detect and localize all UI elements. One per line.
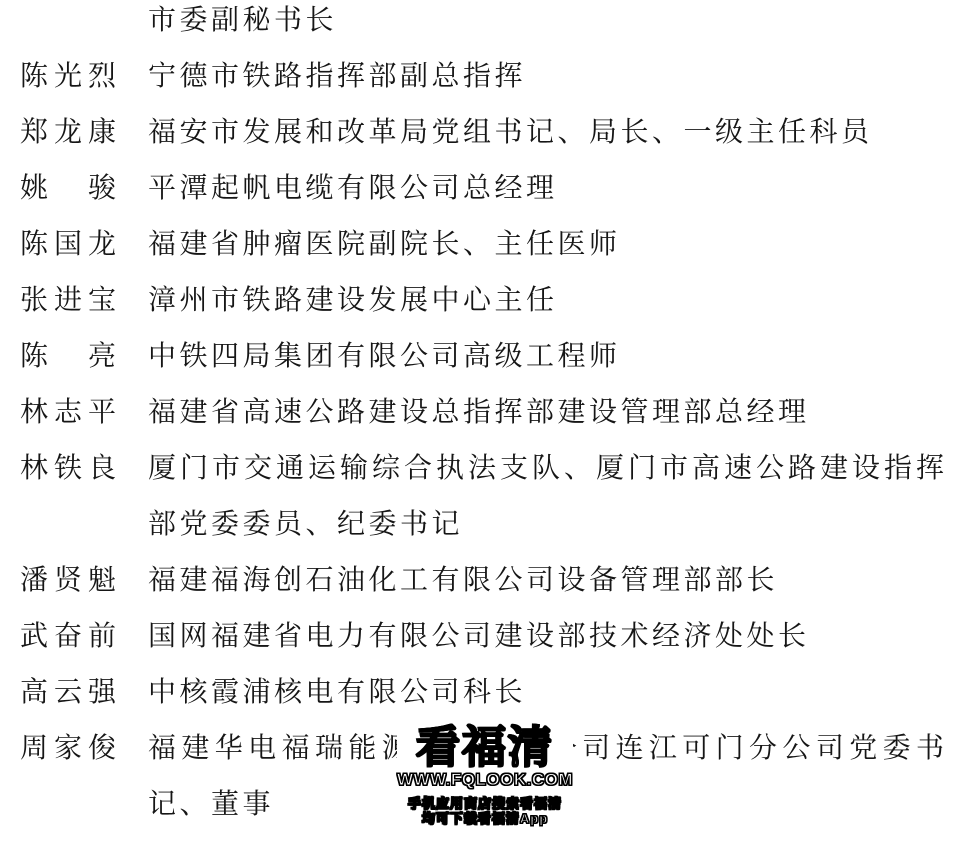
list-item: 武奋前 国网福建省电力有限公司建设部技术经济处处长	[20, 609, 947, 665]
person-title: 福建省肿瘤医院副院长、主任医师	[148, 217, 947, 273]
person-title: 福安市发展和改革局党组书记、局长、一级主任科员	[148, 105, 947, 161]
title-line: 漳州市铁路建设发展中心主任	[148, 273, 947, 329]
title-line: 中核霞浦核电有限公司科长	[148, 665, 947, 721]
watermark-logo-text: 看福清	[416, 725, 554, 771]
list-item: 郑龙康 福安市发展和改革局党组书记、局长、一级主任科员	[20, 105, 947, 161]
person-name: 郑龙康	[20, 105, 116, 161]
list-item: 林志平 福建省高速公路建设总指挥部建设管理部总经理	[20, 385, 947, 441]
title-line: 宁德市铁路指挥部副总指挥	[148, 49, 947, 105]
title-line: 中铁四局集团有限公司高级工程师	[148, 329, 947, 385]
list-item: 张进宝 漳州市铁路建设发展中心主任	[20, 273, 947, 329]
fqlook-watermark: 看福清 WWW.FQLOOK.COM 手机应用商店搜索看福清 均可下载看福清Ap…	[397, 725, 573, 835]
person-name: 张进宝	[20, 273, 116, 329]
person-name: 高云强	[20, 665, 116, 721]
title-line: 福建福海创石油化工有限公司设备管理部部长	[148, 553, 947, 609]
list-item: 高云强 中核霞浦核电有限公司科长	[20, 665, 947, 721]
person-name: 周家俊	[20, 721, 116, 777]
name-title-list: 市委副秘书长 陈光烈 宁德市铁路指挥部副总指挥 郑龙康 福安市发展和改革局党组书…	[20, 0, 947, 833]
list-item: 陈亮 中铁四局集团有限公司高级工程师	[20, 329, 947, 385]
person-name: 武奋前	[20, 609, 116, 665]
person-title: 中铁四局集团有限公司高级工程师	[148, 329, 947, 385]
person-title: 宁德市铁路指挥部副总指挥	[148, 49, 947, 105]
person-name: 姚骏	[20, 161, 116, 217]
list-item: 陈光烈 宁德市铁路指挥部副总指挥	[20, 49, 947, 105]
title-line: 福建省高速公路建设总指挥部建设管理部总经理	[148, 385, 947, 441]
title-line: 福建省肿瘤医院副院长、主任医师	[148, 217, 947, 273]
title-line: 福安市发展和改革局党组书记、局长、一级主任科员	[148, 105, 947, 161]
title-line: 厦门市交通运输综合执法支队、厦门市高速公路建设指挥	[148, 441, 947, 497]
person-name: 陈亮	[20, 329, 116, 385]
title-line: 市委副秘书长	[148, 0, 947, 49]
title-line: 国网福建省电力有限公司建设部技术经济处处长	[148, 609, 947, 665]
person-name: 林铁良	[20, 441, 116, 497]
list-item: 陈国龙 福建省肿瘤医院副院长、主任医师	[20, 217, 947, 273]
person-title: 厦门市交通运输综合执法支队、厦门市高速公路建设指挥部党委委员、纪委书记	[148, 441, 947, 553]
person-title: 平潭起帆电缆有限公司总经理	[148, 161, 947, 217]
person-name: 陈国龙	[20, 217, 116, 273]
person-title: 漳州市铁路建设发展中心主任	[148, 273, 947, 329]
watermark-url: WWW.FQLOOK.COM	[397, 771, 573, 788]
list-item: 林铁良 厦门市交通运输综合执法支队、厦门市高速公路建设指挥部党委委员、纪委书记	[20, 441, 947, 553]
person-title: 中核霞浦核电有限公司科长	[148, 665, 947, 721]
title-line: 部党委委员、纪委书记	[148, 497, 947, 553]
person-name: 林志平	[20, 385, 116, 441]
person-title: 福建省高速公路建设总指挥部建设管理部总经理	[148, 385, 947, 441]
document-body: 市委副秘书长 陈光烈 宁德市铁路指挥部副总指挥 郑龙康 福安市发展和改革局党组书…	[0, 0, 961, 833]
person-title: 福建福海创石油化工有限公司设备管理部部长	[148, 553, 947, 609]
person-name: 陈光烈	[20, 49, 116, 105]
list-item: 潘贤魁 福建福海创石油化工有限公司设备管理部部长	[20, 553, 947, 609]
list-item: 姚骏 平潭起帆电缆有限公司总经理	[20, 161, 947, 217]
list-item: 市委副秘书长	[20, 0, 947, 49]
watermark-caption-line1: 手机应用商店搜索看福清	[408, 796, 562, 811]
watermark-caption-line2: 均可下载看福清App	[422, 811, 548, 826]
person-title: 市委副秘书长	[148, 0, 947, 49]
person-title: 国网福建省电力有限公司建设部技术经济处处长	[148, 609, 947, 665]
person-name: 潘贤魁	[20, 553, 116, 609]
title-line: 平潭起帆电缆有限公司总经理	[148, 161, 947, 217]
